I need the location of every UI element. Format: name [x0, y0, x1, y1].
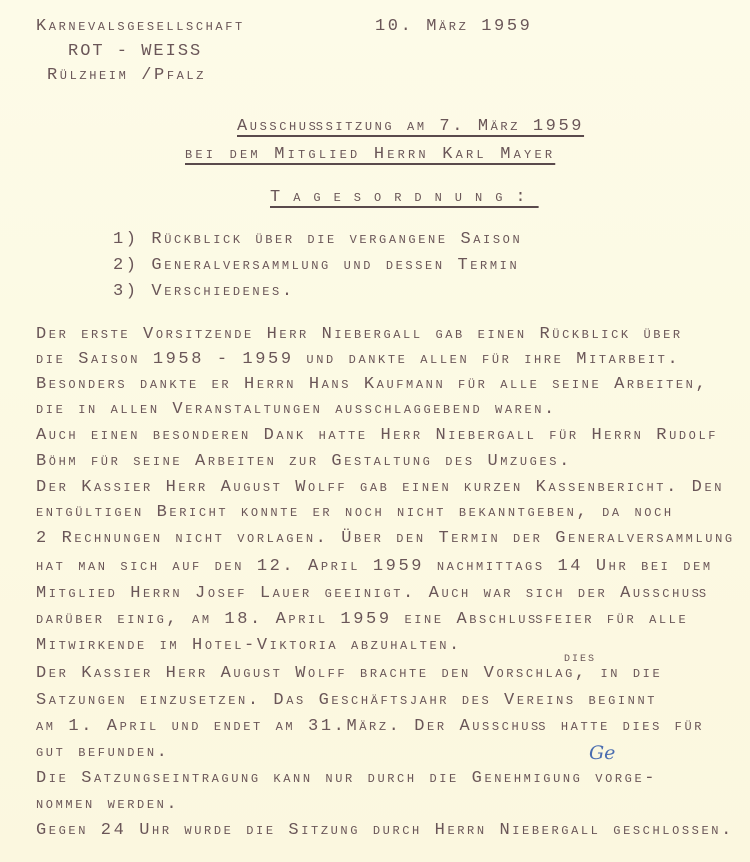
typed-insertion: dies [564, 654, 596, 665]
body-line: Der Kassier Herr August Wolff brachte de… [36, 664, 662, 684]
meeting-location: bei dem Mitglied Herrn Karl Mayer [185, 145, 555, 165]
body-line: die in allen Veranstaltungen ausschlagge… [36, 400, 557, 420]
body-line: Satzungen einzusetzen. Das Geschäftsjahr… [36, 691, 657, 711]
org-name: Karnevalsgesellschaft [36, 17, 245, 37]
agenda-item-3: 3) Verschiedenes. [113, 282, 295, 302]
letter-date: 10. März 1959 [375, 17, 532, 37]
body-line: Gegen 24 Uhr wurde die Sitzung durch Her… [36, 821, 734, 841]
body-line: Auch einen besonderen Dank hatte Herr Ni… [36, 426, 718, 446]
agenda-item-2: 2) Generalversammlung und dessen Termin [113, 256, 519, 276]
body-line: nommen werden. [36, 795, 179, 815]
meeting-title: Ausschußsitzung am 7. März 1959 [237, 117, 584, 137]
handwritten-correction: Ge [589, 742, 615, 764]
document-page: Karnevalsgesellschaft ROT - WEISS Rülzhe… [0, 0, 750, 862]
body-line: Mitwirkende im Hotel-Viktoria abzuhalten… [36, 636, 462, 656]
body-line: die Saison 1958 - 1959 und dankte allen … [36, 350, 680, 370]
body-line: Der Kassier Herr August Wolff gab einen … [36, 478, 724, 498]
body-line: 2 Rechnungen nicht vorlagen. Über den Te… [36, 529, 735, 549]
agenda-title: Tagesordnung: [270, 188, 539, 208]
body-line: am 1. April und endet am 31.März. Der Au… [36, 717, 704, 737]
body-line: Die Satzungseintragung kann nur durch di… [36, 769, 657, 789]
body-line: gut befunden. [36, 743, 169, 763]
agenda-item-1: 1) Rückblick über die vergangene Saison [113, 230, 522, 250]
body-line: hat man sich auf den 12. April 1959 nach… [36, 557, 713, 577]
body-line: darüber einig, am 18. April 1959 eine Ab… [36, 610, 688, 630]
body-line: Böhm für seine Arbeiten zur Gestaltung d… [36, 452, 572, 472]
body-line: Der erste Vorsitzende Herr Niebergall ga… [36, 325, 683, 345]
body-line: entgültigen Bericht konnte er noch nicht… [36, 503, 674, 523]
body-line: Besonders dankte er Herrn Hans Kaufmann … [36, 375, 708, 395]
org-colors: ROT - WEISS [68, 42, 202, 62]
org-location: Rülzheim /Pfalz [47, 66, 206, 86]
body-line: Mitglied Herrn Josef Lauer geeinigt. Auc… [36, 584, 709, 604]
